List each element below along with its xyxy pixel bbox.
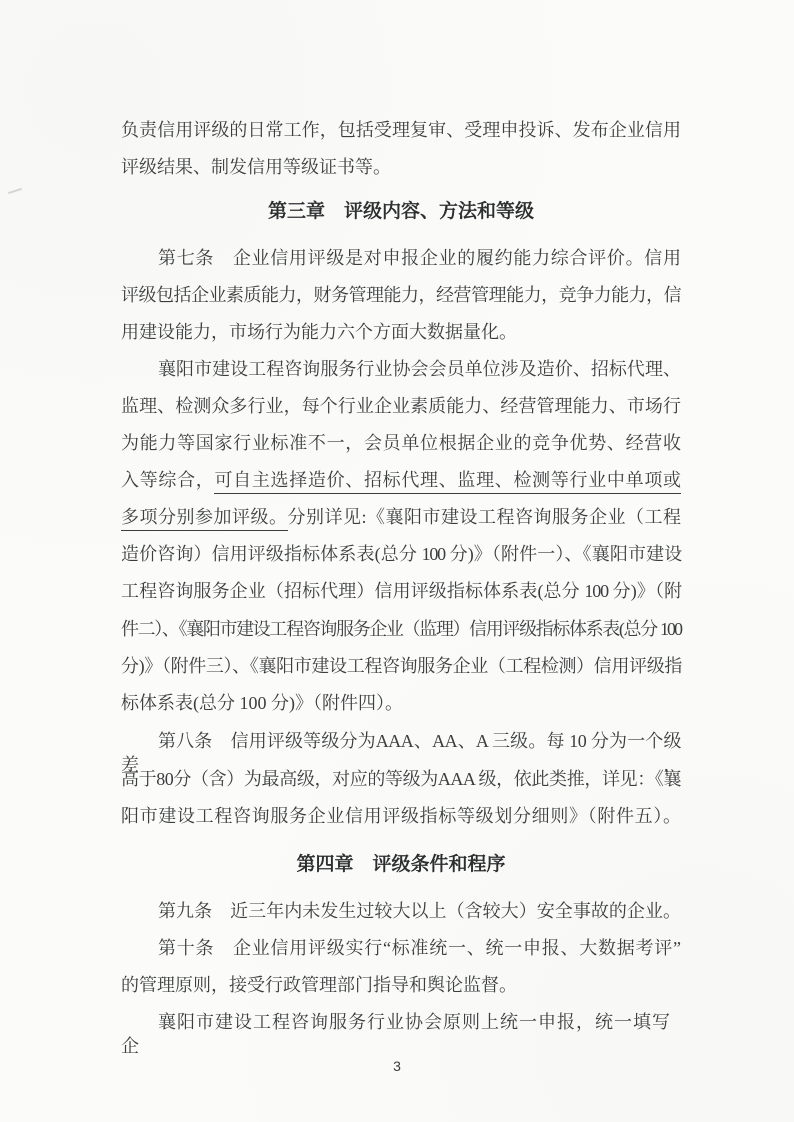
text-line: 入等综合，可自主选择造价、招标代理、监理、检测等行业中单项或	[121, 468, 681, 492]
text-line: 阳市建设工程咨询服务企业信用评级指标等级划分细则》（附件五）。	[121, 804, 681, 828]
text-line: 第七条 企业信用评级是对申报企业的履约能力综合评价。信用	[121, 246, 681, 270]
text-line: 分)》（附件三）、《襄阳市建设工程咨询服务企业（工程检测）信用评级指	[121, 654, 681, 678]
text-line: 的管理原则，接受行政管理部门指导和舆论监督。	[121, 973, 681, 997]
text-line: 襄阳市建设工程咨询服务行业协会会员单位涉及造价、招标代理、	[121, 357, 681, 381]
chapter-heading: 第三章 评级内容、方法和等级	[121, 199, 681, 225]
page-number: 3	[0, 1056, 794, 1076]
text-line: 监理、检测众多行业，每个行业企业素质能力、经营管理能力、市场行	[121, 394, 681, 418]
underlined-text: 可自主选择造价、招标代理、监理、检测等行业中单项或	[214, 470, 681, 494]
text-line: 为能力等国家行业标准不一，会员单位根据企业的竞争优势、经营收	[121, 431, 681, 455]
text-line: 件二）、《襄阳市建设工程咨询服务企业（监理）信用评级指标体系表(总分 100	[121, 617, 681, 641]
text-segment: 入等综合，	[121, 470, 214, 490]
text-line: 高于80分（含）为最高级，对应的等级为AAA 级，依此类推，详见：《襄	[121, 767, 681, 791]
underlined-text: 多项分别参加评级。	[121, 507, 288, 531]
text-line: 评级结果、制发信用等级证书等。	[121, 155, 681, 179]
text-line: 第十条 企业信用评级实行“标准统一、统一申报、大数据考评”	[121, 936, 681, 960]
text-segment: 分别详见:《襄阳市建设工程咨询服务企业（工程	[288, 507, 682, 527]
document-page: 负责信用评级的日常工作，包括受理复审、受理申投诉、发布企业信用 评级结果、制发信…	[0, 0, 794, 1122]
text-line: 评级包括企业素质能力，财务管理能力，经营管理能力，竞争力能力，信	[121, 283, 681, 307]
text-line: 襄阳市建设工程咨询服务行业协会原则上统一申报，统一填写企	[121, 1010, 681, 1058]
text-line: 多项分别参加评级。分别详见:《襄阳市建设工程咨询服务企业（工程	[121, 505, 681, 529]
text-line: 负责信用评级的日常工作，包括受理复审、受理申投诉、发布企业信用	[121, 118, 681, 142]
text-line: 工程咨询服务企业（招标代理）信用评级指标体系表(总分 100 分)》（附	[121, 579, 681, 603]
text-line: 用建设能力，市场行为能力六个方面大数据量化。	[121, 320, 681, 344]
text-line: 标体系表(总分 100 分)》（附件四）。	[121, 691, 681, 715]
text-line: 造价咨询）信用评级指标体系表(总分 100 分)》（附件一）、《襄阳市建设	[121, 542, 681, 566]
chapter-heading: 第四章 评级条件和程序	[121, 852, 681, 878]
scan-artifact	[8, 188, 22, 194]
text-line: 第九条 近三年内未发生过较大以上（含较大）安全事故的企业。	[121, 899, 681, 923]
